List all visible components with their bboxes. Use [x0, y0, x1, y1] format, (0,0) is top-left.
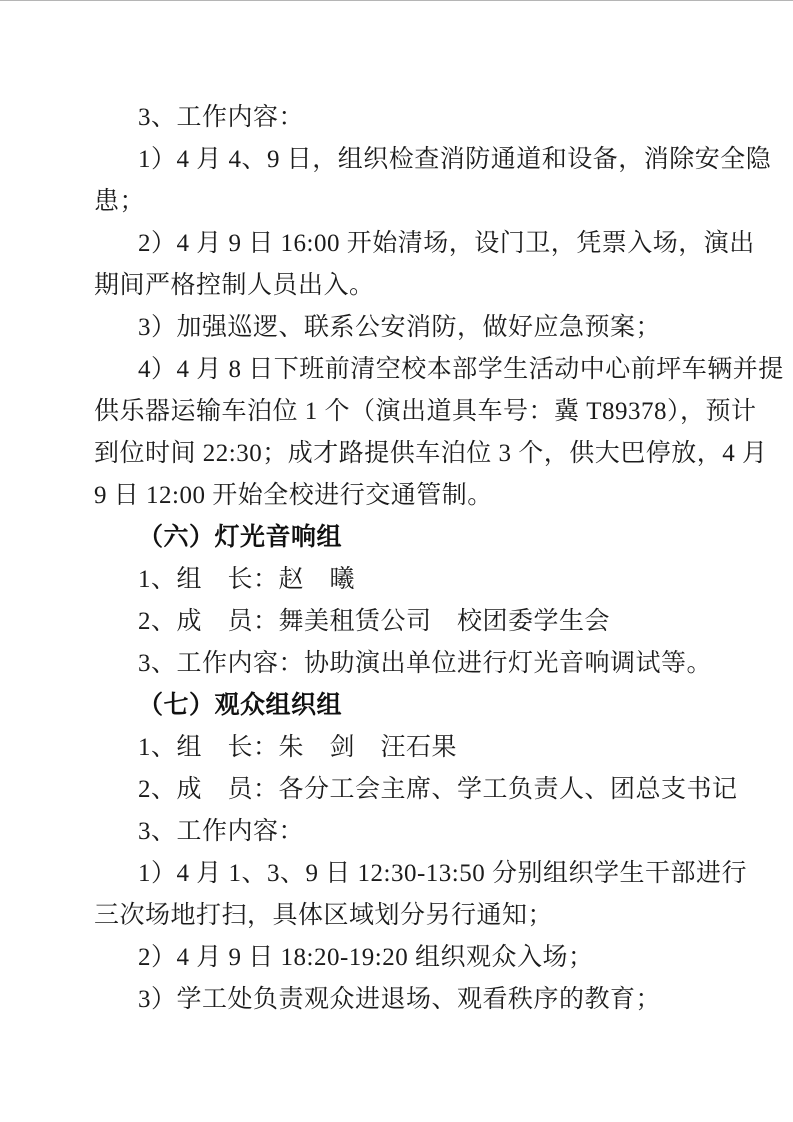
doc-line: 供乐器运输车泊位 1 个（演出道具车号：冀 T89378），预计 — [94, 391, 700, 433]
doc-line: 患； — [94, 181, 700, 223]
doc-line: 2）4 月 9 日 18:20-19:20 组织观众入场； — [94, 937, 700, 979]
doc-line: 9 日 12:00 开始全校进行交通管制。 — [94, 475, 700, 517]
document-page: 3、工作内容： 1）4 月 4、9 日，组织检查消防通道和设备，消除安全隐 患；… — [94, 97, 700, 1021]
doc-line: 3）加强巡逻、联系公安消防，做好应急预案； — [94, 307, 700, 349]
doc-line: 1、组 长：赵 曦 — [94, 559, 700, 601]
doc-line: 4）4 月 8 日下班前清空校本部学生活动中心前坪车辆并提 — [94, 349, 700, 391]
section-7-heading: （七）观众组织组 — [94, 685, 700, 727]
doc-line: 3）学工处负责观众进退场、观看秩序的教育； — [94, 979, 700, 1021]
doc-line: 2）4 月 9 日 16:00 开始清场，设门卫，凭票入场，演出 — [94, 223, 700, 265]
doc-line: 3、工作内容：协助演出单位进行灯光音响调试等。 — [94, 643, 700, 685]
doc-line: 1、组 长：朱 剑 汪石果 — [94, 727, 700, 769]
doc-line: 2、成 员：各分工会主席、学工负责人、团总支书记 — [94, 769, 700, 811]
section-6-heading: （六）灯光音响组 — [94, 517, 700, 559]
doc-line: 1）4 月 1、3、9 日 12:30-13:50 分别组织学生干部进行 — [94, 853, 700, 895]
doc-line: 到位时间 22:30；成才路提供车泊位 3 个，供大巴停放，4 月 — [94, 433, 700, 475]
doc-line: 期间严格控制人员出入。 — [94, 265, 700, 307]
doc-line: 3、工作内容： — [94, 811, 700, 853]
page-top-edge — [0, 0, 793, 1]
doc-line: 三次场地打扫，具体区域划分另行通知； — [94, 895, 700, 937]
doc-line: 3、工作内容： — [94, 97, 700, 139]
doc-line: 2、成 员：舞美租赁公司 校团委学生会 — [94, 601, 700, 643]
doc-line: 1）4 月 4、9 日，组织检查消防通道和设备，消除安全隐 — [94, 139, 700, 181]
